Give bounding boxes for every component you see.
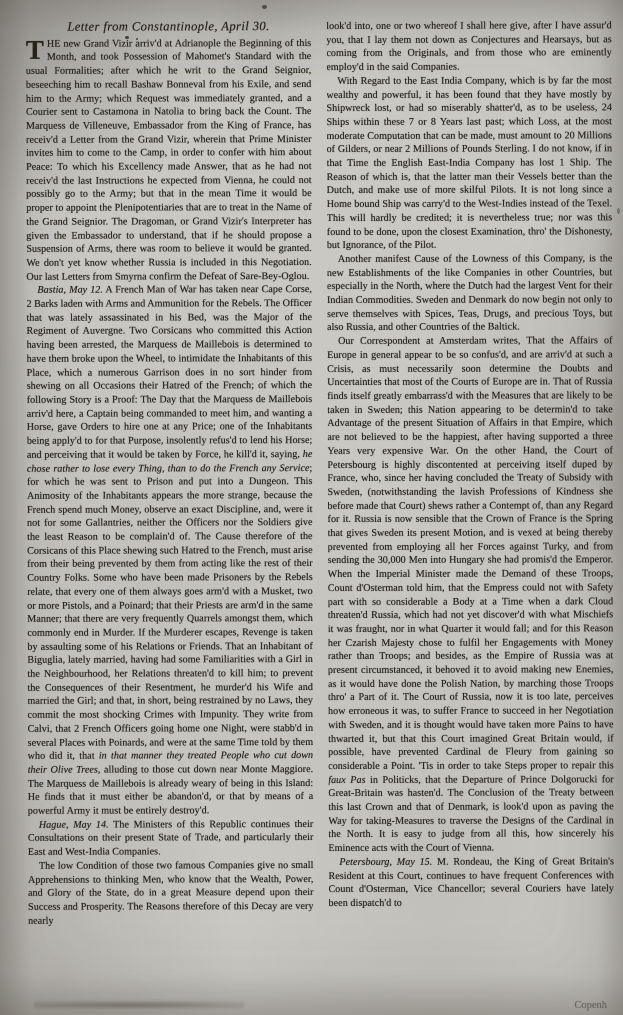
article-heading: Letter from Constantinople, April 30.	[26, 20, 312, 34]
paragraph: Bastia, May 12. A French Man of War has …	[26, 283, 313, 818]
text-run: The low Condition of those two famous Co…	[28, 860, 314, 927]
paragraph: With Regard to the East India Company, w…	[326, 74, 612, 253]
paragraph: Hague, May 14. The Ministers of this Rep…	[28, 818, 314, 860]
paragraph: Our Correspondent at Amsterdam writes, T…	[327, 334, 614, 855]
italic-run: Bastia, May 12.	[37, 285, 103, 296]
text-run: A French Man of War has taken near Cape …	[26, 284, 312, 460]
text-run: in Politicks, that the Departure of Prin…	[328, 774, 614, 854]
paragraph: Another manifest Cause of the Lowness of…	[327, 252, 613, 335]
italic-run: faux Pas	[328, 775, 365, 786]
paragraph: The low Condition of those two famous Co…	[28, 859, 314, 928]
paragraph: THE new Grand Vizir arriv'd at Adrianopl…	[26, 37, 312, 284]
italic-run: Petersbourg, May 15.	[339, 857, 432, 868]
italic-run: Hague, May 14.	[39, 819, 109, 830]
text-columns: Letter from Constantinople, April 30. TH…	[0, 0, 623, 1015]
catchword: Copenh	[574, 1000, 607, 1011]
column-right: look'd into, one or two whereof I shall …	[326, 19, 614, 1009]
text-run: Another manifest Cause of the Lowness of…	[327, 253, 613, 333]
showthrough-smudge	[34, 999, 244, 1011]
text-run: ; for which he was sent to Prison and pu…	[27, 462, 313, 762]
newspaper-page: Letter from Constantinople, April 30. TH…	[0, 0, 623, 1015]
paragraph: Petersbourg, May 15. M. Rondeau, the Kin…	[328, 855, 614, 911]
drop-cap: T	[26, 37, 47, 60]
text-run: look'd into, one or two whereof I shall …	[326, 20, 612, 73]
column-left: Letter from Constantinople, April 30. TH…	[26, 20, 314, 1010]
text-run: HE new Grand Vizir arriv'd at Adrianople…	[26, 38, 312, 283]
text-run: Our Correspondent at Amsterdam writes, T…	[327, 335, 614, 772]
paragraph: look'd into, one or two whereof I shall …	[326, 19, 612, 75]
text-run: With Regard to the East India Company, w…	[326, 75, 612, 251]
